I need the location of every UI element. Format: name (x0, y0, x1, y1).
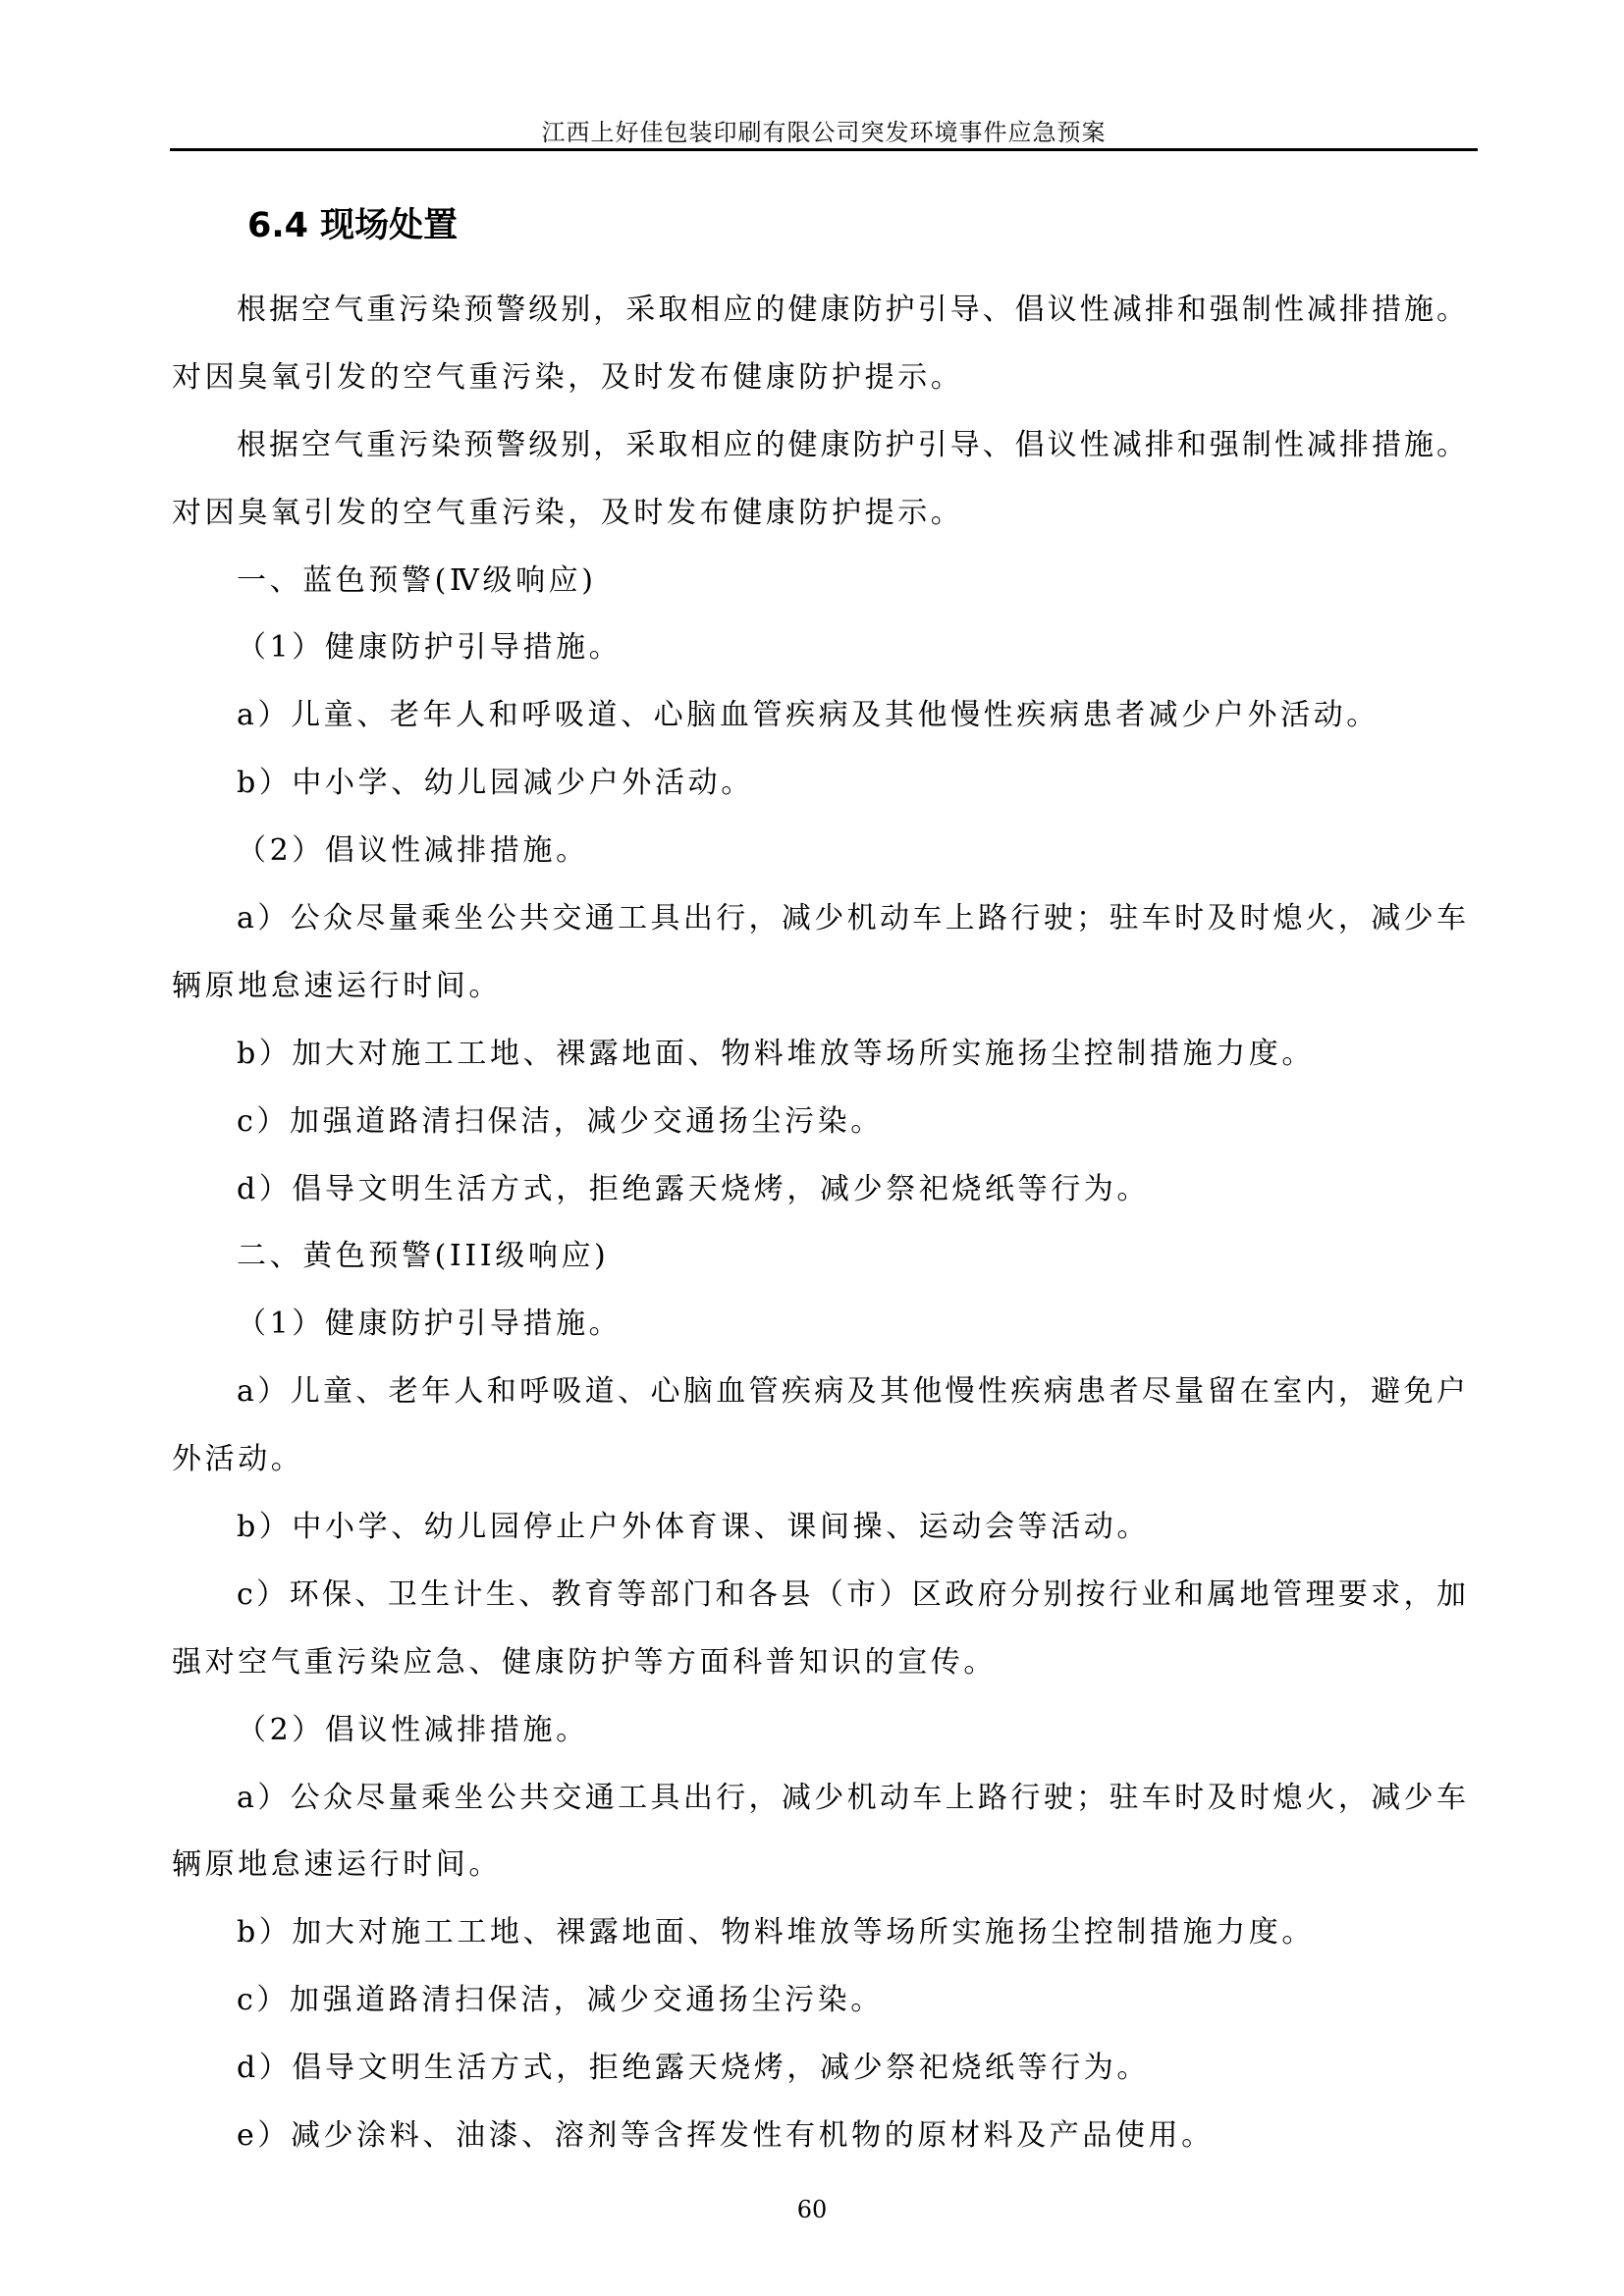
list-item: a）公众尽量乘坐公共交通工具出行，减少机动车上路行驶；驻车时及时熄火，减少车 (172, 885, 1466, 953)
list-heading: （1）健康防护引导措施。 (172, 614, 1466, 682)
text-line: 根据空气重污染预警级别，采取相应的健康防护引导、倡议性减排和强制性减排措施。 (172, 412, 1466, 480)
list-heading: （2）倡议性减排措施。 (172, 818, 1466, 885)
text-line: 对因臭氧引发的空气重污染，及时发布健康防护提示。 (172, 480, 1466, 548)
list-heading: （2）倡议性减排措施。 (172, 1697, 1466, 1765)
list-item: a）儿童、老年人和呼吸道、心脑血管疾病及其他慢性疾病患者减少户外活动。 (172, 682, 1466, 750)
list-item-continuation: 外活动。 (172, 1426, 1466, 1494)
list-item-continuation: 辆原地怠速运行时间。 (172, 1832, 1466, 1899)
subsection-title-blue-warning: 一、蓝色预警(Ⅳ级响应) (172, 548, 1466, 615)
header-rule (170, 148, 1478, 151)
list-item: c）加强道路清扫保洁，减少交通扬尘污染。 (172, 1967, 1466, 2035)
text-line: 根据空气重污染预警级别，采取相应的健康防护引导、倡议性减排和强制性减排措施。 (172, 277, 1466, 345)
list-item-continuation: 强对空气重污染应急、健康防护等方面科普知识的宣传。 (172, 1629, 1466, 1697)
list-item: d）倡导文明生活方式，拒绝露天烧烤，减少祭祀烧纸等行为。 (172, 2035, 1466, 2103)
list-item: a）公众尽量乘坐公共交通工具出行，减少机动车上路行驶；驻车时及时熄火，减少车 (172, 1765, 1466, 1833)
list-item: e）减少涂料、油漆、溶剂等含挥发性有机物的原材料及产品使用。 (172, 2103, 1466, 2170)
list-item: a）儿童、老年人和呼吸道、心脑血管疾病及其他慢性疾病患者尽量留在室内，避免户 (172, 1359, 1466, 1426)
body-text: 根据空气重污染预警级别，采取相应的健康防护引导、倡议性减排和强制性减排措施。 对… (172, 277, 1466, 2170)
list-heading: （1）健康防护引导措施。 (172, 1291, 1466, 1359)
subsection-title-yellow-warning: 二、黄色预警(III级响应) (172, 1223, 1466, 1291)
list-item: b）加大对施工工地、裸露地面、物料堆放等场所实施扬尘控制措施力度。 (172, 1021, 1466, 1089)
list-item: c）加强道路清扫保洁，减少交通扬尘污染。 (172, 1089, 1466, 1156)
list-item: b）加大对施工工地、裸露地面、物料堆放等场所实施扬尘控制措施力度。 (172, 1899, 1466, 1967)
section-heading: 6.4 现场处置 (247, 204, 458, 247)
list-item: b）中小学、幼儿园停止户外体育课、课间操、运动会等活动。 (172, 1494, 1466, 1562)
text-line: 对因臭氧引发的空气重污染，及时发布健康防护提示。 (172, 345, 1466, 412)
list-item: d）倡导文明生活方式，拒绝露天烧烤，减少祭祀烧纸等行为。 (172, 1156, 1466, 1224)
list-item-continuation: 辆原地怠速运行时间。 (172, 953, 1466, 1021)
running-header: 江西上好佳包装印刷有限公司突发环境事件应急预案 (170, 116, 1478, 149)
list-item: b）中小学、幼儿园减少户外活动。 (172, 750, 1466, 818)
list-item: c）环保、卫生计生、教育等部门和各县（市）区政府分别按行业和属地管理要求，加 (172, 1562, 1466, 1629)
page-number: 60 (0, 2195, 1624, 2224)
